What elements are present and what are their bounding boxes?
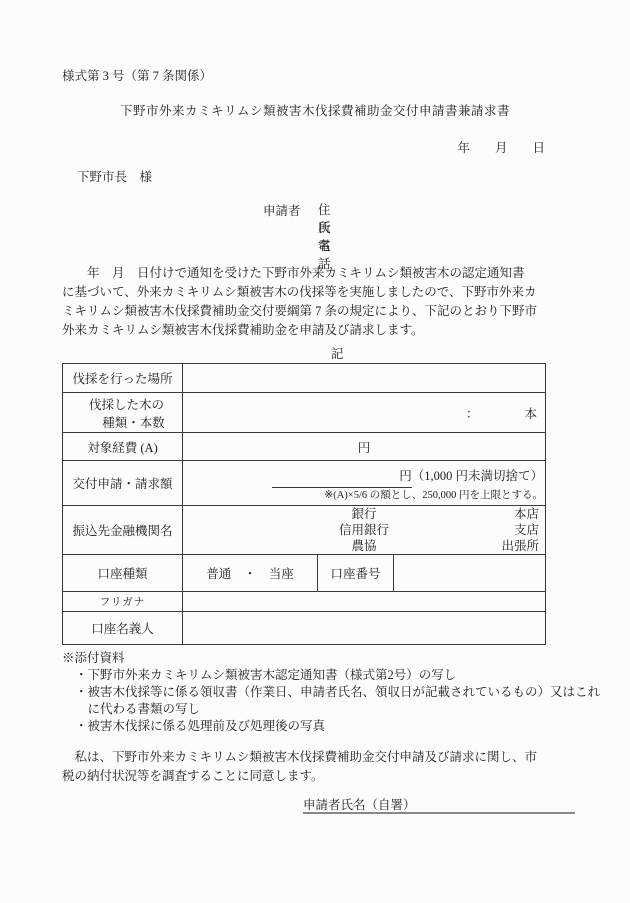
table-row-place: 伐採を行った場所	[63, 364, 546, 393]
branch-type: 本店	[514, 506, 539, 522]
body-line: 外来カミキリムシ類被害木伐採費補助金を申請及び請求します。	[62, 321, 562, 340]
document-page: 様式第 3 号（第 7 条関係） 下野市外来カミキリムシ類被害木伐採費補助金交付…	[0, 0, 630, 903]
form-number: 様式第 3 号（第 7 条関係）	[62, 66, 212, 84]
row-amount-label: 交付申請・請求額	[63, 461, 183, 506]
branch-type: 出張所	[502, 538, 540, 554]
consent-paragraph: 私は、下野市外来カミキリムシ類被害木伐採費補助金交付申請及び請求に関し、市 税の…	[62, 748, 537, 786]
signature-label: 申請者氏名（自署）	[303, 798, 416, 812]
bank-line: 信用銀行 支店	[183, 522, 545, 538]
row-trees-label-line1: 伐採した木の	[71, 395, 182, 413]
row-account-label: 口座種類	[63, 555, 183, 592]
body-paragraph: 年 月 日付けで通知を受けた下野市外来カミキリムシ類被害木の認定通知書 に基づい…	[62, 264, 562, 340]
row-holder-label: 口座名義人	[63, 612, 183, 645]
table-row-holder: 口座名義人	[63, 612, 546, 645]
body-line: ミキリムシ類被害木伐採費補助金交付要綱第 7 条の規定により、下記のとおり下野市	[62, 302, 562, 321]
bank-type: 農協	[352, 539, 377, 553]
applicant-block: 申請者 住所 氏名 電話	[263, 201, 301, 219]
attachment-item: ・被害木伐採に係る処理前及び処理後の写真	[75, 718, 600, 735]
row-place-value	[183, 364, 546, 393]
table-row-furigana: フリガナ	[63, 592, 546, 612]
row-amount-value: 円（1,000 円未満切捨て） ※(A)×5/6 の額とし、250,000 円を…	[183, 461, 546, 506]
body-line: に基づいて、外来カミキリムシ類被害木の伐採等を実施しましたので、下野市外来カ	[62, 283, 562, 302]
bank-type: 銀行	[352, 507, 377, 521]
attachment-item: ・下野市外来カミキリムシ類被害木認定通知書（様式第2号）の写し	[75, 667, 600, 684]
amount-limit-note: ※(A)×5/6 の額とし、250,000 円を上限とする。	[183, 488, 543, 503]
amount-note: （1,000 円未満切捨て）	[412, 469, 543, 483]
applicant-label: 申請者	[263, 204, 301, 218]
row-trees-label-line2: 種類・本数	[71, 413, 182, 431]
account-number-boxes	[394, 555, 546, 592]
bank-line: 銀行 本店	[183, 506, 545, 522]
table-row-expense: 対象経費 (A) 円	[63, 433, 546, 461]
attachments-header: ※添付資料	[62, 650, 600, 667]
applicant-field-address: 住所	[318, 201, 331, 219]
table-row-account: 口座種類 普通 ・ 当座 口座番号	[63, 555, 546, 592]
row-holder-value	[183, 612, 546, 645]
row-trees-label: 伐採した木の 種類・本数	[63, 393, 183, 433]
attachment-item-continuation: に代わる書類の写し	[75, 701, 600, 718]
applicant-field-phone: 電話	[318, 237, 331, 255]
account-digit-boxes	[394, 569, 545, 577]
row-expense-value: 円	[183, 433, 546, 461]
account-type-options: 普通 ・ 当座	[183, 555, 318, 592]
amount-line: 円（1,000 円未満切捨て）	[183, 465, 543, 488]
trees-unit: 本	[525, 404, 538, 422]
applicant-fields: 住所 氏名 電話	[318, 201, 331, 255]
table-row-trees: 伐採した木の 種類・本数 ： 本	[63, 393, 546, 433]
body-line: 年 月 日付けで通知を受けた下野市外来カミキリムシ類被害木の認定通知書	[62, 264, 562, 283]
row-bank-value: 銀行 本店 信用銀行 支店 農協 出張所	[183, 506, 546, 555]
attachments-block: ※添付資料 ・下野市外来カミキリムシ類被害木認定通知書（様式第2号）の写し ・被…	[62, 650, 600, 735]
date-line: 年 月 日	[457, 138, 545, 156]
trees-colon: ：	[466, 404, 479, 422]
table-row-bank: 振込先金融機関名 銀行 本店 信用銀行 支店 農協 出張所	[63, 506, 546, 555]
consent-line: 税の納付状況等を調査することに同意します。	[62, 767, 537, 786]
attachment-item: ・被害木伐採等に係る領収書（作業日、申請者氏名、領収日が記載されているもの）又は…	[75, 684, 600, 701]
row-bank-label: 振込先金融機関名	[63, 506, 183, 555]
record-marker: 記	[331, 344, 344, 362]
account-number-label: 口座番号	[318, 555, 394, 592]
amount-fill-line: 円	[272, 465, 412, 488]
signature-line: 申請者氏名（自署）	[303, 795, 575, 814]
applicant-field-name: 氏名	[318, 219, 331, 237]
row-furigana-value	[183, 592, 546, 612]
document-title: 下野市外来カミキリムシ類被害木伐採費補助金交付申請書兼請求書	[0, 101, 630, 119]
row-expense-label: 対象経費 (A)	[63, 433, 183, 461]
addressee: 下野市長 様	[77, 167, 152, 185]
row-furigana-label: フリガナ	[63, 592, 183, 612]
consent-line: 私は、下野市外来カミキリムシ類被害木伐採費補助金交付申請及び請求に関し、市	[62, 748, 537, 767]
bank-type: 信用銀行	[339, 523, 389, 537]
table-row-amount: 交付申請・請求額 円（1,000 円未満切捨て） ※(A)×5/6 の額とし、2…	[63, 461, 546, 506]
branch-type: 支店	[514, 522, 539, 538]
row-trees-value: ： 本	[183, 393, 546, 433]
row-place-label: 伐採を行った場所	[63, 364, 183, 393]
bank-line: 農協 出張所	[183, 538, 545, 554]
application-table: 伐採を行った場所 伐採した木の 種類・本数 ： 本 対象経費 (A) 円 交付申…	[62, 363, 546, 645]
